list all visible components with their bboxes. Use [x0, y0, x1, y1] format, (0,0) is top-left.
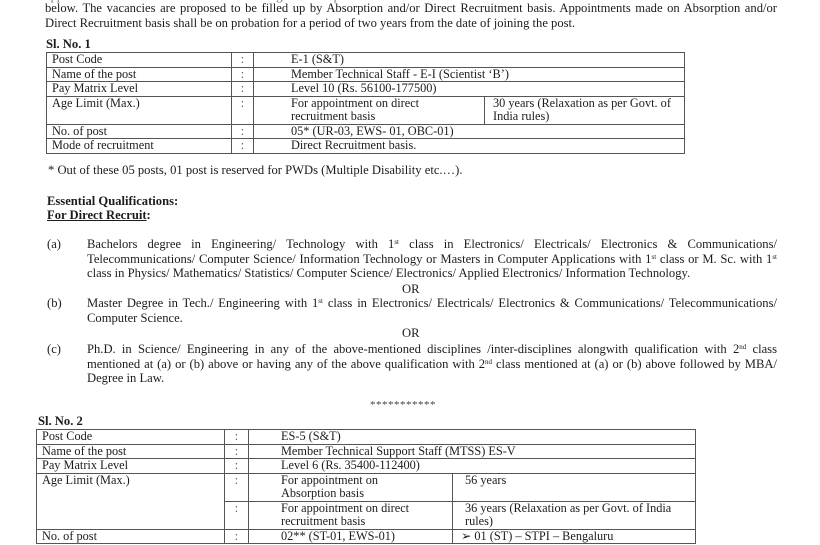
row-label: Pay Matrix Level — [47, 82, 232, 97]
row-colon: : — [232, 124, 254, 139]
ordinal-suffix: st — [394, 238, 399, 246]
post2-heading: Sl. No. 2 — [38, 414, 83, 429]
row-colon: : — [232, 82, 254, 97]
qualification-label-a: (a) — [47, 237, 61, 252]
direct-recruit-heading: For Direct Recruit: — [47, 208, 151, 223]
row-label: Name of the post — [47, 67, 232, 82]
post-location-detail: ➢ 01 (ST) – STPI – Bengaluru — [453, 529, 696, 544]
heading-colon: : — [147, 208, 151, 222]
section-separator: *********** — [370, 398, 436, 413]
ordinal-suffix: st — [651, 253, 656, 261]
num-posts-value: 05* (UR-03, EWS- 01, OBC-01) — [254, 124, 685, 139]
qualification-label-c: (c) — [47, 342, 61, 357]
row-label: Post Code — [47, 53, 232, 68]
intro-paragraph: below. The vacancies are proposed to be … — [45, 1, 777, 30]
row-label: Pay Matrix Level — [37, 459, 225, 474]
num-posts-value: 02** (ST-01, EWS-01) — [249, 529, 453, 544]
qualification-b: Master Degree in Tech./ Engineering with… — [87, 296, 777, 325]
table-row: Name of the post : Member Technical Staf… — [47, 67, 685, 82]
table-row: Age Limit (Max.) : For appointment on di… — [47, 96, 685, 124]
post2-table: Post Code : ES-5 (S&T) Name of the post … — [36, 429, 696, 544]
row-colon: : — [232, 53, 254, 68]
row-label: No. of post — [47, 124, 232, 139]
ordinal-suffix: st — [772, 253, 777, 261]
pay-level-value: Level 6 (Rs. 35400-112400) — [249, 459, 696, 474]
table-row: Age Limit (Max.) : For appointment on Ab… — [37, 473, 696, 501]
ordinal-suffix: nd — [485, 358, 492, 366]
post-code-value: E-1 (S&T) — [254, 53, 685, 68]
qualification-a: Bachelors degree in Engineering/ Technol… — [87, 237, 777, 281]
row-colon: : — [225, 473, 249, 501]
qualification-label-b: (b) — [47, 296, 62, 311]
row-label: Mode of recruitment — [47, 139, 232, 154]
table-row: Mode of recruitment : Direct Recruitment… — [47, 139, 685, 154]
post-name-value: Member Technical Staff - E-I (Scientist … — [254, 67, 685, 82]
ordinal-suffix: st — [318, 297, 323, 305]
row-colon: : — [232, 96, 254, 124]
row-colon: : — [232, 139, 254, 154]
post-name-value: Member Technical Support Staff (MTSS) ES… — [249, 444, 696, 459]
direct-recruit-label: For Direct Recruit — [47, 208, 147, 222]
document-page: appointments which are available in diff… — [0, 0, 820, 545]
row-label: Post Code — [37, 430, 225, 445]
row-colon: : — [232, 67, 254, 82]
age-basis: For appointment on direct recruitment ba… — [254, 96, 485, 124]
or-separator: OR — [402, 326, 420, 341]
table-row: No. of post : 05* (UR-03, EWS- 01, OBC-0… — [47, 124, 685, 139]
pay-level-value: Level 10 (Rs. 56100-177500) — [254, 82, 685, 97]
table-row: Pay Matrix Level : Level 6 (Rs. 35400-11… — [37, 459, 696, 474]
age-limit-value: 30 years (Relaxation as per Govt. of Ind… — [485, 96, 685, 124]
row-label: Age Limit (Max.) — [47, 96, 232, 124]
post-code-value: ES-5 (S&T) — [249, 430, 696, 445]
qualifications-heading: Essential Qualifications: — [47, 194, 178, 209]
table-row: Post Code : ES-5 (S&T) — [37, 430, 696, 445]
row-colon: : — [225, 501, 249, 529]
row-label: Age Limit (Max.) — [37, 473, 225, 529]
row-colon: : — [225, 459, 249, 474]
pwd-footnote: * Out of these 05 posts, 01 post is rese… — [48, 163, 463, 178]
absorption-age-value: 56 years — [453, 473, 696, 501]
table-row: No. of post : 02** (ST-01, EWS-01) ➢ 01 … — [37, 529, 696, 544]
row-label: No. of post — [37, 529, 225, 544]
ordinal-suffix: nd — [739, 343, 746, 351]
or-separator: OR — [402, 282, 420, 297]
table-row: Post Code : E-1 (S&T) — [47, 53, 685, 68]
qualification-c: Ph.D. in Science/ Engineering in any of … — [87, 342, 777, 386]
table-row: Pay Matrix Level : Level 10 (Rs. 56100-1… — [47, 82, 685, 97]
row-label: Name of the post — [37, 444, 225, 459]
post1-heading: Sl. No. 1 — [46, 37, 91, 52]
row-colon: : — [225, 529, 249, 544]
table-row: Name of the post : Member Technical Supp… — [37, 444, 696, 459]
absorption-basis: For appointment on Absorption basis — [249, 473, 453, 501]
row-colon: : — [225, 430, 249, 445]
recruitment-mode-value: Direct Recruitment basis. — [254, 139, 685, 154]
direct-age-value: 36 years (Relaxation as per Govt. of Ind… — [453, 501, 696, 529]
post1-table: Post Code : E-1 (S&T) Name of the post :… — [46, 52, 685, 154]
direct-basis: For appointment on direct recruitment ba… — [249, 501, 453, 529]
row-colon: : — [225, 444, 249, 459]
